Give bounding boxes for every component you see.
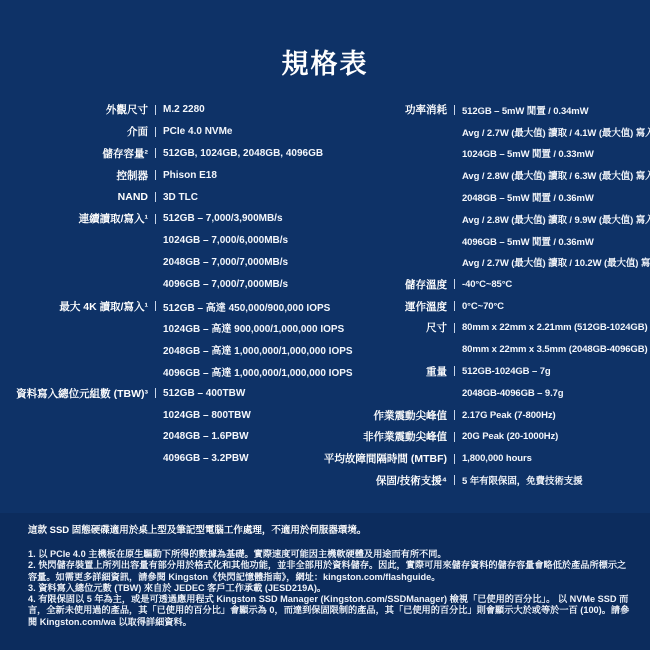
divider	[454, 410, 455, 420]
divider	[454, 301, 455, 311]
spec-row-label: 運作溫度	[312, 299, 447, 314]
divider	[155, 170, 156, 180]
spec-row: 作業震動尖峰值2.17G Peak (7-800Hz)	[312, 404, 650, 426]
divider	[155, 214, 156, 224]
spec-row-label: 功率消耗	[312, 102, 447, 117]
spec-row: 保固/技術支援⁴5 年有限保固，免費技術支援	[312, 470, 650, 492]
spec-row-label: 尺寸	[312, 320, 447, 335]
spec-row-value: 20G Peak (20-1000Hz)	[462, 431, 558, 442]
spec-row: 4096GB – 5mW 閒置 / 0.36mW	[312, 230, 650, 252]
spec-row-value: 1024GB – 5mW 閒置 / 0.33mW	[462, 146, 594, 160]
spec-row-value: 2.17G Peak (7-800Hz)	[462, 410, 556, 421]
spec-row-value: Avg / 2.8W (最大值) 讀取 / 9.9W (最大值) 寫入	[462, 212, 650, 226]
spec-row-value: -40°C~85°C	[462, 279, 512, 290]
spec-row: 平均故障間隔時間 (MTBF)1,800,000 hours	[312, 448, 650, 470]
footnote: 1. 以 PCIe 4.0 主機板在原生驅動下所得的數據為基礎。實際速度可能因主…	[28, 549, 634, 560]
spec-row-value: 1024GB – 7,000/6,000MB/s	[163, 235, 288, 246]
spec-row: 2048GB-4096GB – 9.7g	[312, 382, 650, 404]
divider	[155, 105, 156, 115]
spec-row-value: 2048GB – 5mW 閒置 / 0.36mW	[462, 190, 594, 204]
spec-row: 80mm x 22mm x 3.5mm (2048GB-4096GB)	[312, 339, 650, 361]
divider	[454, 475, 455, 485]
footnote: 4. 有限保固以 5 年為主，或是可透過應用程式 Kingston SSD Ma…	[28, 594, 634, 628]
spec-row-value: 512GB – 5mW 閒置 / 0.34mW	[462, 103, 589, 117]
page-title: 規格表	[0, 42, 650, 81]
spec-row-label: 保固/技術支援⁴	[312, 473, 447, 488]
spec-row-value: 2048GB-4096GB – 9.7g	[462, 388, 564, 399]
spec-row-value: 4096GB – 3.2PBW	[163, 453, 249, 464]
divider	[155, 388, 156, 398]
spec-row-label: 資料寫入總位元組數 (TBW)³	[8, 386, 148, 401]
spec-row: Avg / 2.7W (最大值) 讀取 / 4.1W (最大值) 寫入	[312, 121, 650, 143]
divider	[454, 432, 455, 442]
spec-row-value: 0°C~70°C	[462, 301, 504, 312]
spec-row-value: 2048GB – 1.6PBW	[163, 431, 249, 442]
spec-row: 儲存溫度-40°C~85°C	[312, 273, 650, 295]
spec-row-label: 儲存溫度	[312, 277, 447, 292]
spec-row: 非作業震動尖峰值20G Peak (20-1000Hz)	[312, 426, 650, 448]
spec-row-value: 512GB, 1024GB, 2048GB, 4096GB	[163, 148, 323, 159]
spec-row-label: 重量	[312, 364, 447, 379]
spec-row-value: Avg / 2.7W (最大值) 讀取 / 4.1W (最大值) 寫入	[462, 125, 650, 139]
footnotes-block: 1. 以 PCIe 4.0 主機板在原生驅動下所得的數據為基礎。實際速度可能因主…	[28, 549, 634, 628]
spec-row-label: NAND	[8, 191, 148, 203]
spec-row-value: 1,800,000 hours	[462, 453, 532, 464]
spec-row-label: 非作業震動尖峰值	[312, 429, 447, 444]
divider	[454, 279, 455, 289]
spec-row-value: 3D TLC	[163, 192, 198, 203]
spec-row-value: Phison E18	[163, 170, 217, 181]
spec-row-value: 512GB – 7,000/3,900MB/s	[163, 213, 283, 224]
spec-row-label: 控制器	[8, 168, 148, 183]
spec-row-label: 平均故障間隔時間 (MTBF)	[312, 451, 447, 466]
spec-row-value: Avg / 2.7W (最大值) 讀取 / 10.2W (最大值) 寫入	[462, 255, 650, 269]
divider	[454, 366, 455, 376]
spec-row-value: 4096GB – 5mW 閒置 / 0.36mW	[462, 234, 594, 248]
spec-row-label: 介面	[8, 124, 148, 139]
spec-row-label: 最大 4K 讀取/寫入¹	[8, 299, 148, 314]
divider	[155, 301, 156, 311]
divider	[155, 127, 156, 137]
spec-row-value: 512GB – 400TBW	[163, 388, 245, 399]
spec-row: Avg / 2.8W (最大值) 讀取 / 9.9W (最大值) 寫入	[312, 208, 650, 230]
spec-row-value: 512GB-1024GB – 7g	[462, 366, 551, 377]
spec-row: 功率消耗512GB – 5mW 閒置 / 0.34mW	[312, 99, 650, 121]
footnote: 3. 資料寫入總位元數 (TBW) 來自於 JEDEC 客戶工作承載 (JESD…	[28, 583, 634, 594]
spec-row: 運作溫度0°C~70°C	[312, 295, 650, 317]
spec-row-value: 512GB – 高達 450,000/900,000 IOPS	[163, 299, 330, 314]
spec-row: Avg / 2.7W (最大值) 讀取 / 10.2W (最大值) 寫入	[312, 252, 650, 274]
spec-row-value: 4096GB – 7,000/7,000MB/s	[163, 279, 288, 290]
spec-row-label: 作業震動尖峰值	[312, 408, 447, 423]
divider	[454, 454, 455, 464]
spec-row-value: 2048GB – 7,000/7,000MB/s	[163, 257, 288, 268]
spec-row-value: 80mm x 22mm x 2.21mm (512GB-1024GB)	[462, 322, 648, 333]
spec-row: 1024GB – 5mW 閒置 / 0.33mW	[312, 143, 650, 165]
spec-row-value: 5 年有限保固，免費技術支援	[462, 473, 583, 487]
spec-row-value: Avg / 2.8W (最大值) 讀取 / 6.3W (最大值) 寫入	[462, 168, 650, 182]
spec-sheet-page: 規格表 外觀尺寸M.2 2280 介面PCIe 4.0 NVMe 儲存容量²51…	[0, 0, 650, 650]
spec-row-label: 連續讀取/寫入¹	[8, 211, 148, 226]
spec-row: 尺寸80mm x 22mm x 2.21mm (512GB-1024GB)	[312, 317, 650, 339]
spec-row-value: PCIe 4.0 NVMe	[163, 126, 232, 137]
spec-row-label: 儲存容量²	[8, 146, 148, 161]
spec-row-value: 80mm x 22mm x 3.5mm (2048GB-4096GB)	[462, 344, 648, 355]
spec-row: 2048GB – 5mW 閒置 / 0.36mW	[312, 186, 650, 208]
spec-table-right-column: 功率消耗512GB – 5mW 閒置 / 0.34mW Avg / 2.7W (…	[312, 99, 650, 491]
divider	[155, 148, 156, 158]
usage-note: 這款 SSD 固態硬碟適用於桌上型及筆記型電腦工作處理，不適用於伺服器環境。	[28, 522, 628, 536]
footnote: 2. 快閃儲存裝置上所列出容量有部分用於格式化和其他功能，並非全部用於資料儲存。…	[28, 560, 634, 583]
divider	[155, 192, 156, 202]
spec-row-value: 1024GB – 800TBW	[163, 410, 251, 421]
divider	[454, 105, 455, 115]
spec-row: 重量512GB-1024GB – 7g	[312, 361, 650, 383]
spec-row-value: M.2 2280	[163, 104, 205, 115]
divider	[454, 323, 455, 333]
spec-row-label: 外觀尺寸	[8, 102, 148, 117]
spec-row: Avg / 2.8W (最大值) 讀取 / 6.3W (最大值) 寫入	[312, 164, 650, 186]
